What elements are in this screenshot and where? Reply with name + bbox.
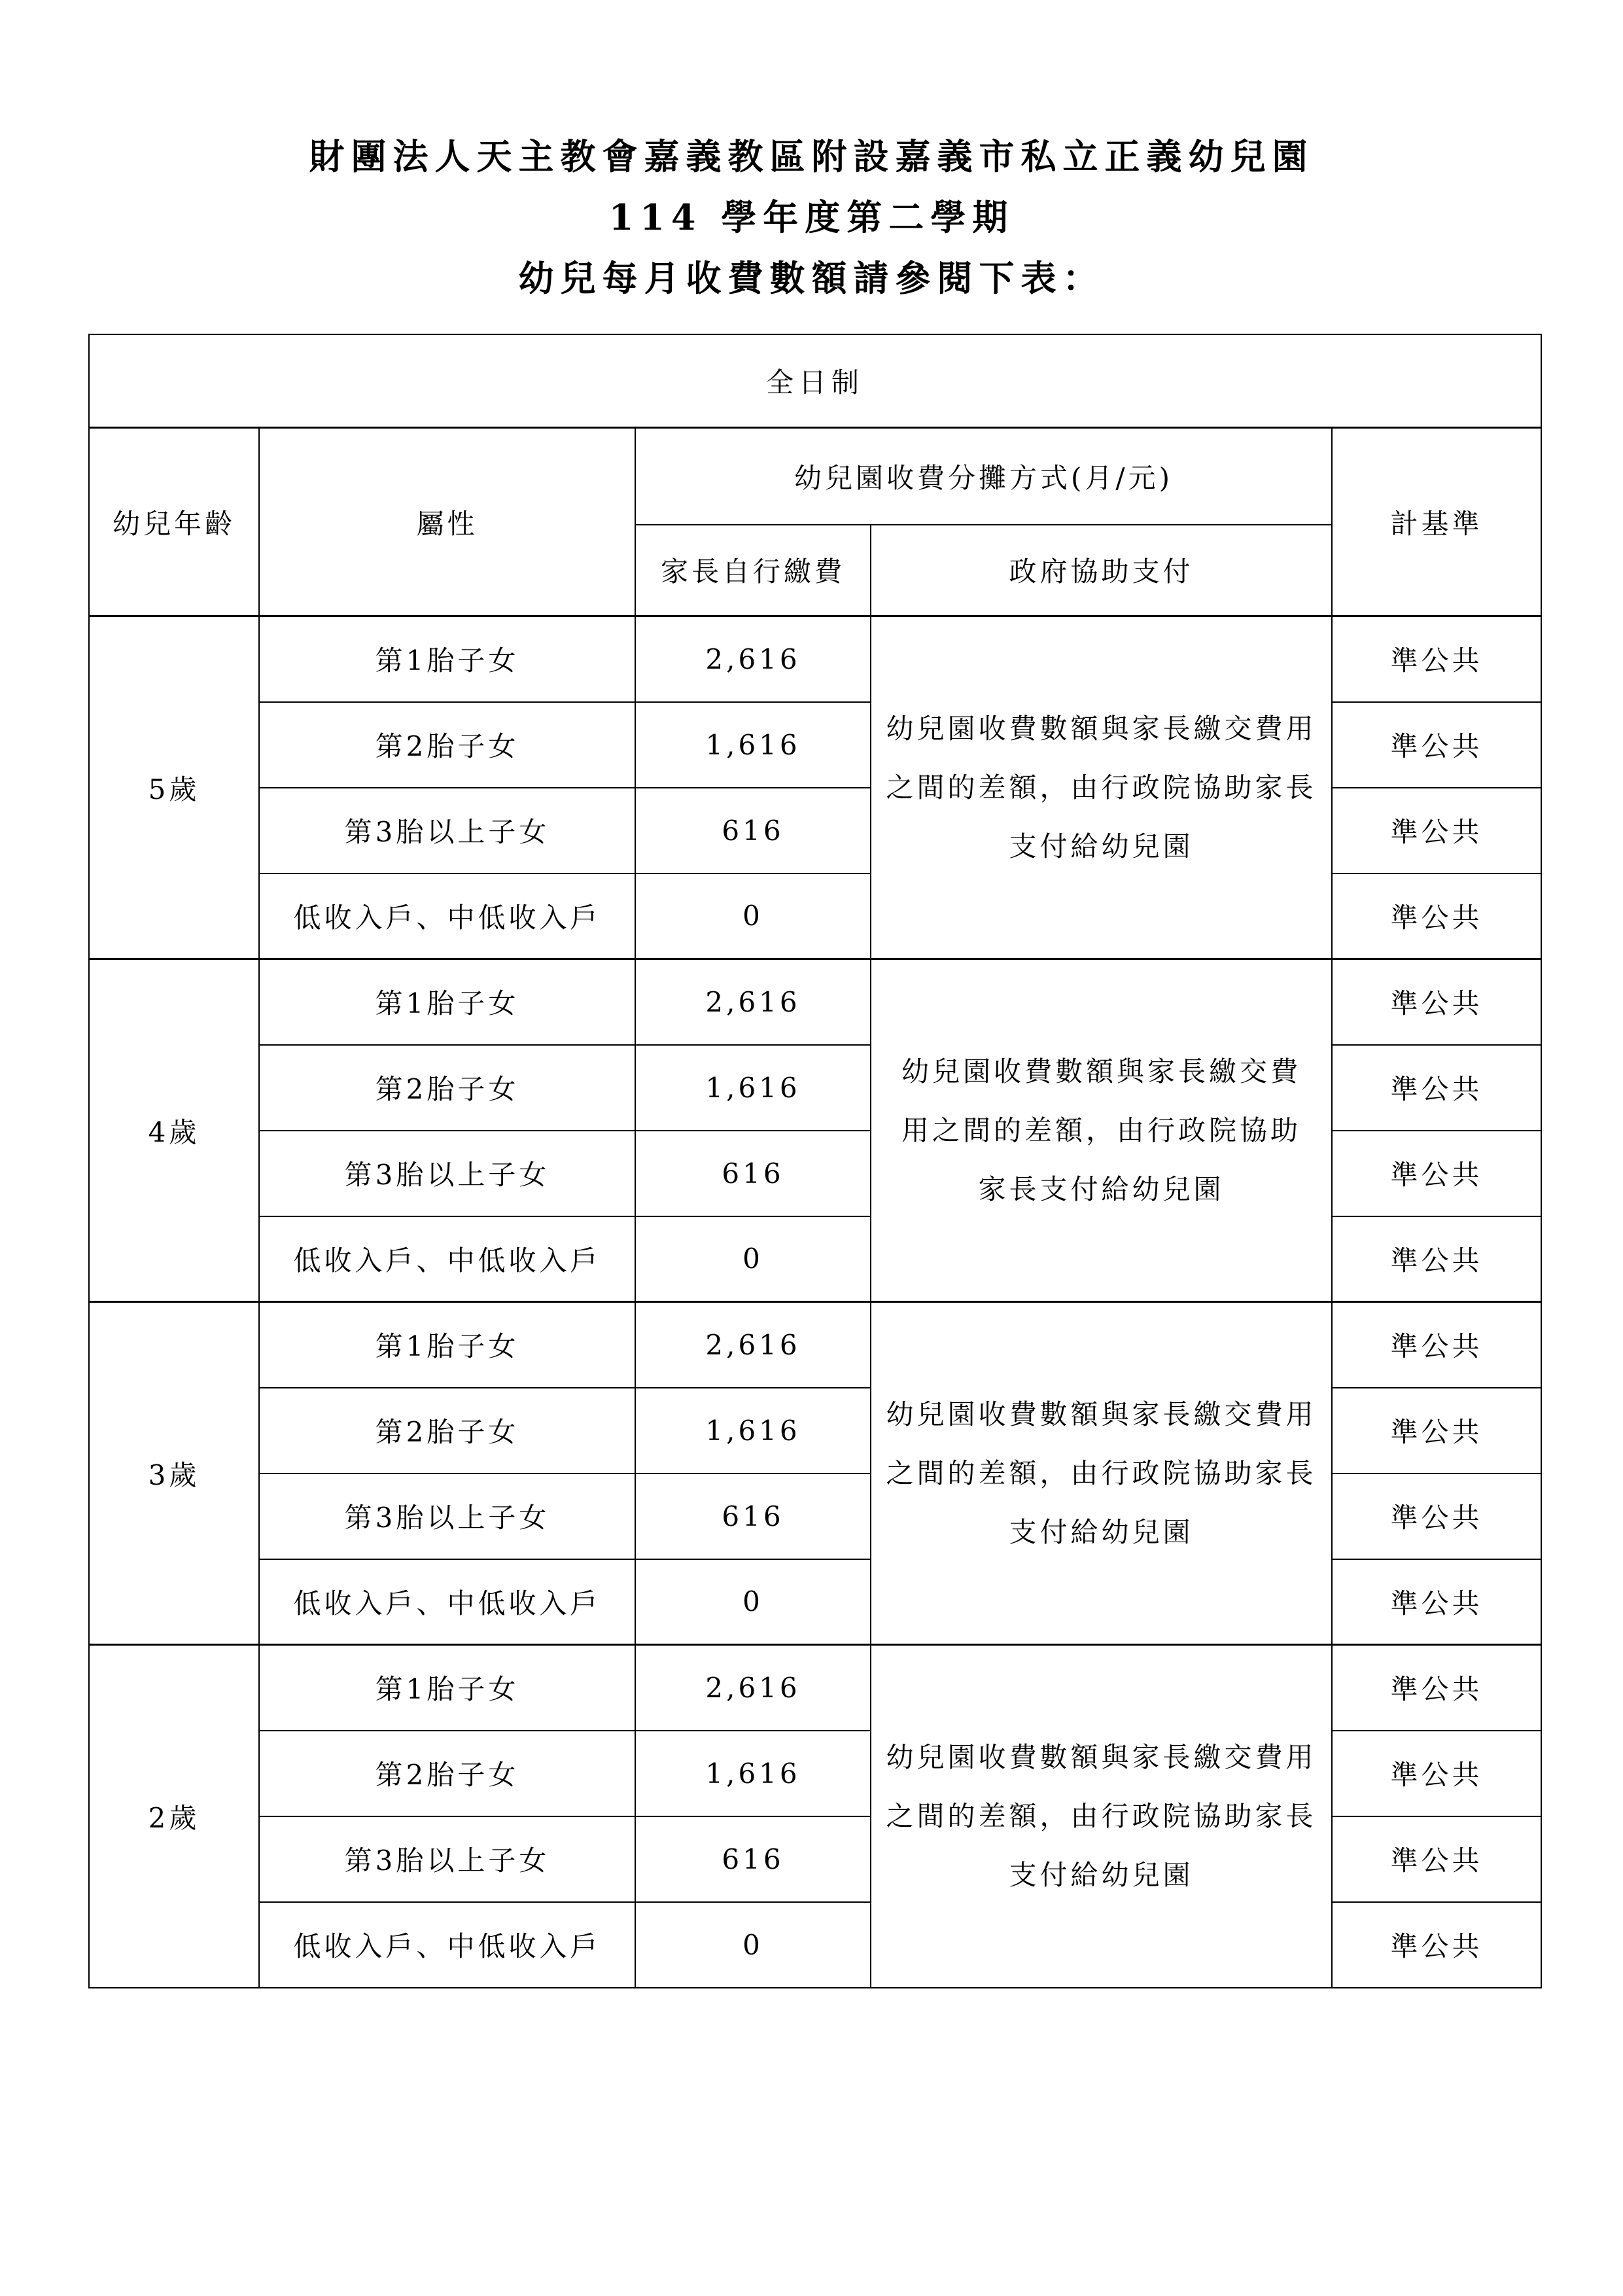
document-title-block: 財團法人天主教會嘉義教區附設嘉義市私立正義幼兒園 114 學年度第二學期 幼兒每…	[0, 126, 1623, 309]
attribute-cell: 第1胎子女	[259, 1645, 635, 1731]
parent-fee-cell: 1,616	[635, 1045, 871, 1131]
parent-fee-cell: 1,616	[635, 702, 871, 788]
age-group-cell: 3歲	[89, 1302, 259, 1645]
gov-note-line: 幼兒園收費數額與家長繳交費用	[871, 1728, 1331, 1787]
parent-fee-cell: 2,616	[635, 616, 871, 702]
parent-fee-cell: 616	[635, 788, 871, 874]
basis-cell: 準公共	[1332, 959, 1541, 1045]
header-attribute: 屬性	[259, 428, 635, 616]
banner-row: 全日制	[89, 334, 1541, 428]
gov-note-cell: 幼兒園收費數額與家長繳交費 用之間的差額，由行政院協助 家長支付給幼兒園	[871, 959, 1332, 1302]
age-group-cell: 2歲	[89, 1645, 259, 1988]
parent-fee-cell: 2,616	[635, 959, 871, 1045]
parent-fee-cell: 1,616	[635, 1731, 871, 1816]
age-group-cell: 5歲	[89, 616, 259, 959]
basis-cell: 準公共	[1332, 1388, 1541, 1474]
organization-title: 財團法人天主教會嘉義教區附設嘉義市私立正義幼兒園	[0, 126, 1623, 187]
gov-note-line: 之間的差額，由行政院協助家長	[871, 1787, 1331, 1846]
gov-note-line: 之間的差額，由行政院協助家長	[871, 1444, 1331, 1503]
basis-cell: 準公共	[1332, 1131, 1541, 1216]
parent-fee-cell: 616	[635, 1131, 871, 1216]
header-age: 幼兒年齡	[89, 428, 259, 616]
attribute-cell: 第3胎以上子女	[259, 1474, 635, 1559]
basis-cell: 準公共	[1332, 874, 1541, 959]
basis-cell: 準公共	[1332, 1645, 1541, 1731]
parent-fee-cell: 0	[635, 1559, 871, 1645]
gov-note-cell: 幼兒園收費數額與家長繳交費用 之間的差額，由行政院協助家長 支付給幼兒園	[871, 1302, 1332, 1645]
header-gov-pay: 政府協助支付	[871, 525, 1332, 616]
parent-fee-cell: 0	[635, 1216, 871, 1302]
gov-note-line: 支付給幼兒園	[871, 1846, 1331, 1905]
table-row: 2歲 第1胎子女 2,616 幼兒園收費數額與家長繳交費用 之間的差額，由行政院…	[89, 1645, 1541, 1731]
header-row: 幼兒年齡 屬性 幼兒園收費分攤方式(月/元) 計基準	[89, 428, 1541, 525]
parent-fee-cell: 616	[635, 1816, 871, 1902]
basis-cell: 準公共	[1332, 1216, 1541, 1302]
header-basis: 計基準	[1332, 428, 1541, 616]
basis-cell: 準公共	[1332, 1474, 1541, 1559]
attribute-cell: 第2胎子女	[259, 702, 635, 788]
attribute-cell: 第1胎子女	[259, 959, 635, 1045]
basis-cell: 準公共	[1332, 1302, 1541, 1388]
parent-fee-cell: 0	[635, 874, 871, 959]
attribute-cell: 第1胎子女	[259, 1302, 635, 1388]
attribute-cell: 第1胎子女	[259, 616, 635, 702]
gov-note-line: 幼兒園收費數額與家長繳交費用	[871, 699, 1331, 758]
gov-note-line: 支付給幼兒園	[871, 1503, 1331, 1562]
header-fee-split: 幼兒園收費分攤方式(月/元)	[635, 428, 1332, 525]
basis-cell: 準公共	[1332, 1902, 1541, 1988]
basis-cell: 準公共	[1332, 1045, 1541, 1131]
table-row: 3歲 第1胎子女 2,616 幼兒園收費數額與家長繳交費用 之間的差額，由行政院…	[89, 1302, 1541, 1388]
basis-cell: 準公共	[1332, 1731, 1541, 1816]
gov-note-line: 幼兒園收費數額與家長繳交費	[871, 1042, 1331, 1101]
parent-fee-cell: 0	[635, 1902, 871, 1988]
attribute-cell: 第3胎以上子女	[259, 1131, 635, 1216]
basis-cell: 準公共	[1332, 788, 1541, 874]
attribute-cell: 第2胎子女	[259, 1045, 635, 1131]
header-parent-pay: 家長自行繳費	[635, 525, 871, 616]
gov-note-cell: 幼兒園收費數額與家長繳交費用 之間的差額，由行政院協助家長 支付給幼兒園	[871, 1645, 1332, 1988]
basis-cell: 準公共	[1332, 702, 1541, 788]
table-row: 4歲 第1胎子女 2,616 幼兒園收費數額與家長繳交費 用之間的差額，由行政院…	[89, 959, 1541, 1045]
attribute-cell: 第2胎子女	[259, 1388, 635, 1474]
attribute-cell: 第2胎子女	[259, 1731, 635, 1816]
gov-note-line: 用之間的差額，由行政院協助	[871, 1101, 1331, 1160]
age-group-cell: 4歲	[89, 959, 259, 1302]
table-row: 5歲 第1胎子女 2,616 幼兒園收費數額與家長繳交費用 之間的差額，由行政院…	[89, 616, 1541, 702]
document-page: 財團法人天主教會嘉義教區附設嘉義市私立正義幼兒園 114 學年度第二學期 幼兒每…	[0, 0, 1623, 2296]
basis-cell: 準公共	[1332, 616, 1541, 702]
attribute-cell: 低收入戶、中低收入戶	[259, 1902, 635, 1988]
gov-note-cell: 幼兒園收費數額與家長繳交費用 之間的差額，由行政院協助家長 支付給幼兒園	[871, 616, 1332, 959]
parent-fee-cell: 2,616	[635, 1302, 871, 1388]
gov-note-line: 支付給幼兒園	[871, 817, 1331, 876]
gov-note-line: 家長支付給幼兒園	[871, 1160, 1331, 1219]
basis-cell: 準公共	[1332, 1816, 1541, 1902]
attribute-cell: 低收入戶、中低收入戶	[259, 1216, 635, 1302]
attribute-cell: 第3胎以上子女	[259, 788, 635, 874]
gov-note-line: 之間的差額，由行政院協助家長	[871, 758, 1331, 817]
gov-note-line: 幼兒園收費數額與家長繳交費用	[871, 1385, 1331, 1444]
attribute-cell: 低收入戶、中低收入戶	[259, 874, 635, 959]
fee-table: 全日制 幼兒年齡 屬性 幼兒園收費分攤方式(月/元) 計基準 家長自行繳費 政府…	[88, 334, 1542, 1988]
attribute-cell: 第3胎以上子女	[259, 1816, 635, 1902]
parent-fee-cell: 1,616	[635, 1388, 871, 1474]
banner-cell: 全日制	[89, 334, 1541, 428]
parent-fee-cell: 2,616	[635, 1645, 871, 1731]
basis-cell: 準公共	[1332, 1559, 1541, 1645]
semester-title: 114 學年度第二學期	[0, 187, 1623, 248]
attribute-cell: 低收入戶、中低收入戶	[259, 1559, 635, 1645]
parent-fee-cell: 616	[635, 1474, 871, 1559]
table-caption: 幼兒每月收費數額請參閱下表：	[0, 248, 1623, 309]
